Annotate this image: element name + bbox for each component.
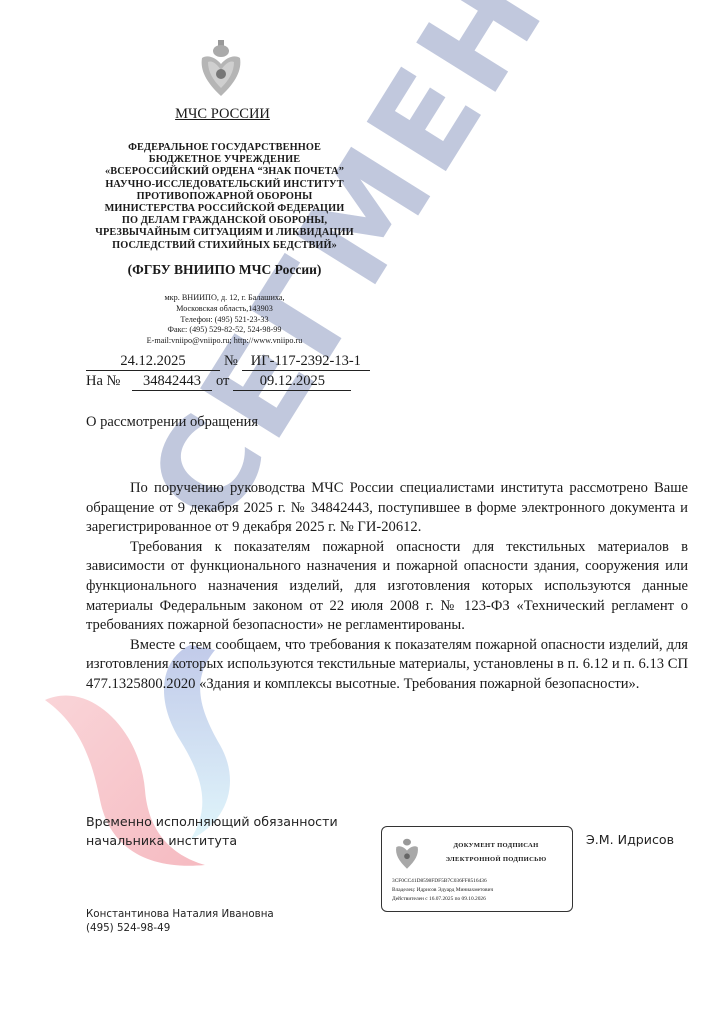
letter-page: СЕГМЕНТ ПБ МЧС РОССИИ ФЕДЕРАЛЬНОЕ ГОСУДА… <box>0 0 723 1024</box>
number-label: № <box>224 353 238 370</box>
signer-name: Э.М. Идрисов <box>586 832 674 847</box>
ref-date: 09.12.2025 <box>233 373 351 391</box>
org-line: «ВСЕРОССИЙСКИЙ ОРДЕНА “ЗНАК ПОЧЕТА” <box>82 166 367 178</box>
certificate-info: 3CF0CC41D8598FDF5B7C036FF8516436 Владеле… <box>392 877 493 904</box>
contact-region: Московская область,143903 <box>82 304 367 315</box>
stamp-title-line: ДОКУМЕНТ ПОДПИСАН <box>426 839 566 853</box>
outgoing-date: 24.12.2025 <box>86 353 220 371</box>
position-line: начальника института <box>86 831 338 850</box>
letter-subject: О рассмотрении обращения <box>86 414 258 431</box>
certificate-validity: Действителен с 16.07.2025 по 09.10.2026 <box>392 895 493 904</box>
certificate-number: 3CF0CC41D8598FDF5B7C036FF8516436 <box>392 877 493 886</box>
ref-number: 34842443 <box>132 373 212 391</box>
ref-date-label: от <box>216 373 229 390</box>
organization-name: ФЕДЕРАЛЬНОЕ ГОСУДАРСТВЕННОЕ БЮДЖЕТНОЕ УЧ… <box>82 142 367 252</box>
ref-label: На № <box>86 373 120 389</box>
contact-email-web: E-mail:vniipo@vniipo.ru; http://www.vnii… <box>82 336 367 347</box>
mchs-eagle-emblem-icon <box>198 40 244 100</box>
contact-fax: Факс: (495) 529-82-52, 524-98-99 <box>82 325 367 336</box>
signer-position: Временно исполняющий обязанности начальн… <box>86 812 338 850</box>
org-line: ПО ДЕЛАМ ГРАЖДАНСКОЙ ОБОРОНЫ, <box>82 215 367 227</box>
org-line: ПРОТИВОПОЖАРНОЙ ОБОРОНЫ <box>82 191 367 203</box>
position-line: Временно исполняющий обязанности <box>86 812 338 831</box>
certificate-owner: Владелец: Идрисов Эдуард Миниахметович <box>392 886 493 895</box>
org-line: ФЕДЕРАЛЬНОЕ ГОСУДАРСТВЕННОЕ <box>82 142 367 154</box>
stamp-title: ДОКУМЕНТ ПОДПИСАН ЭЛЕКТРОННОЙ ПОДПИСЬЮ <box>426 839 566 867</box>
body-paragraph: По поручению руководства МЧС России спец… <box>86 479 688 538</box>
outgoing-number: ИГ-117-2392-13-1 <box>242 353 370 371</box>
org-line: ЧРЕЗВЫЧАЙНЫМ СИТУАЦИЯМ И ЛИКВИДАЦИИ <box>82 227 367 239</box>
outgoing-registration: 24.12.2025№ИГ-117-2392-13-1 <box>86 353 370 371</box>
organization-short-name: (ФГБУ ВНИИПО МЧС России) <box>82 262 367 278</box>
stamp-title-line: ЭЛЕКТРОННОЙ ПОДПИСЬЮ <box>426 853 566 867</box>
letter-body: По поручению руководства МЧС России спец… <box>86 479 688 695</box>
contact-address: мкр. ВНИИПО, д. 12, г. Балашиха, <box>82 293 367 304</box>
org-line: НАУЧНО-ИССЛЕДОВАТЕЛЬСКИЙ ИНСТИТУТ <box>82 179 367 191</box>
body-paragraph: Вместе с тем сообщаем, что требования к … <box>86 636 688 695</box>
org-line: БЮДЖЕТНОЕ УЧРЕЖДЕНИЕ <box>82 154 367 166</box>
org-line: МИНИСТЕРСТВА РОССИЙСКОЙ ФЕДЕРАЦИИ <box>82 203 367 215</box>
ministry-name: МЧС РОССИИ <box>0 106 445 123</box>
executor-phone: (495) 524-98-49 <box>86 921 274 935</box>
organization-contacts: мкр. ВНИИПО, д. 12, г. Балашиха, Московс… <box>82 293 367 347</box>
contact-phone: Телефон: (495) 521-23-33 <box>82 315 367 326</box>
executor-info: Константинова Наталия Ивановна (495) 524… <box>86 907 274 935</box>
org-line: ПОСЛЕДСТВИЙ СТИХИЙНЫХ БЕДСТВИЙ» <box>82 240 367 252</box>
incoming-reference: На № 34842443от09.12.2025 <box>86 373 351 391</box>
executor-name: Константинова Наталия Ивановна <box>86 907 274 921</box>
body-paragraph: Требования к показателям пожарной опасно… <box>86 538 688 636</box>
mchs-eagle-emblem-icon <box>394 837 420 871</box>
electronic-signature-stamp: ДОКУМЕНТ ПОДПИСАН ЭЛЕКТРОННОЙ ПОДПИСЬЮ 3… <box>381 826 573 912</box>
